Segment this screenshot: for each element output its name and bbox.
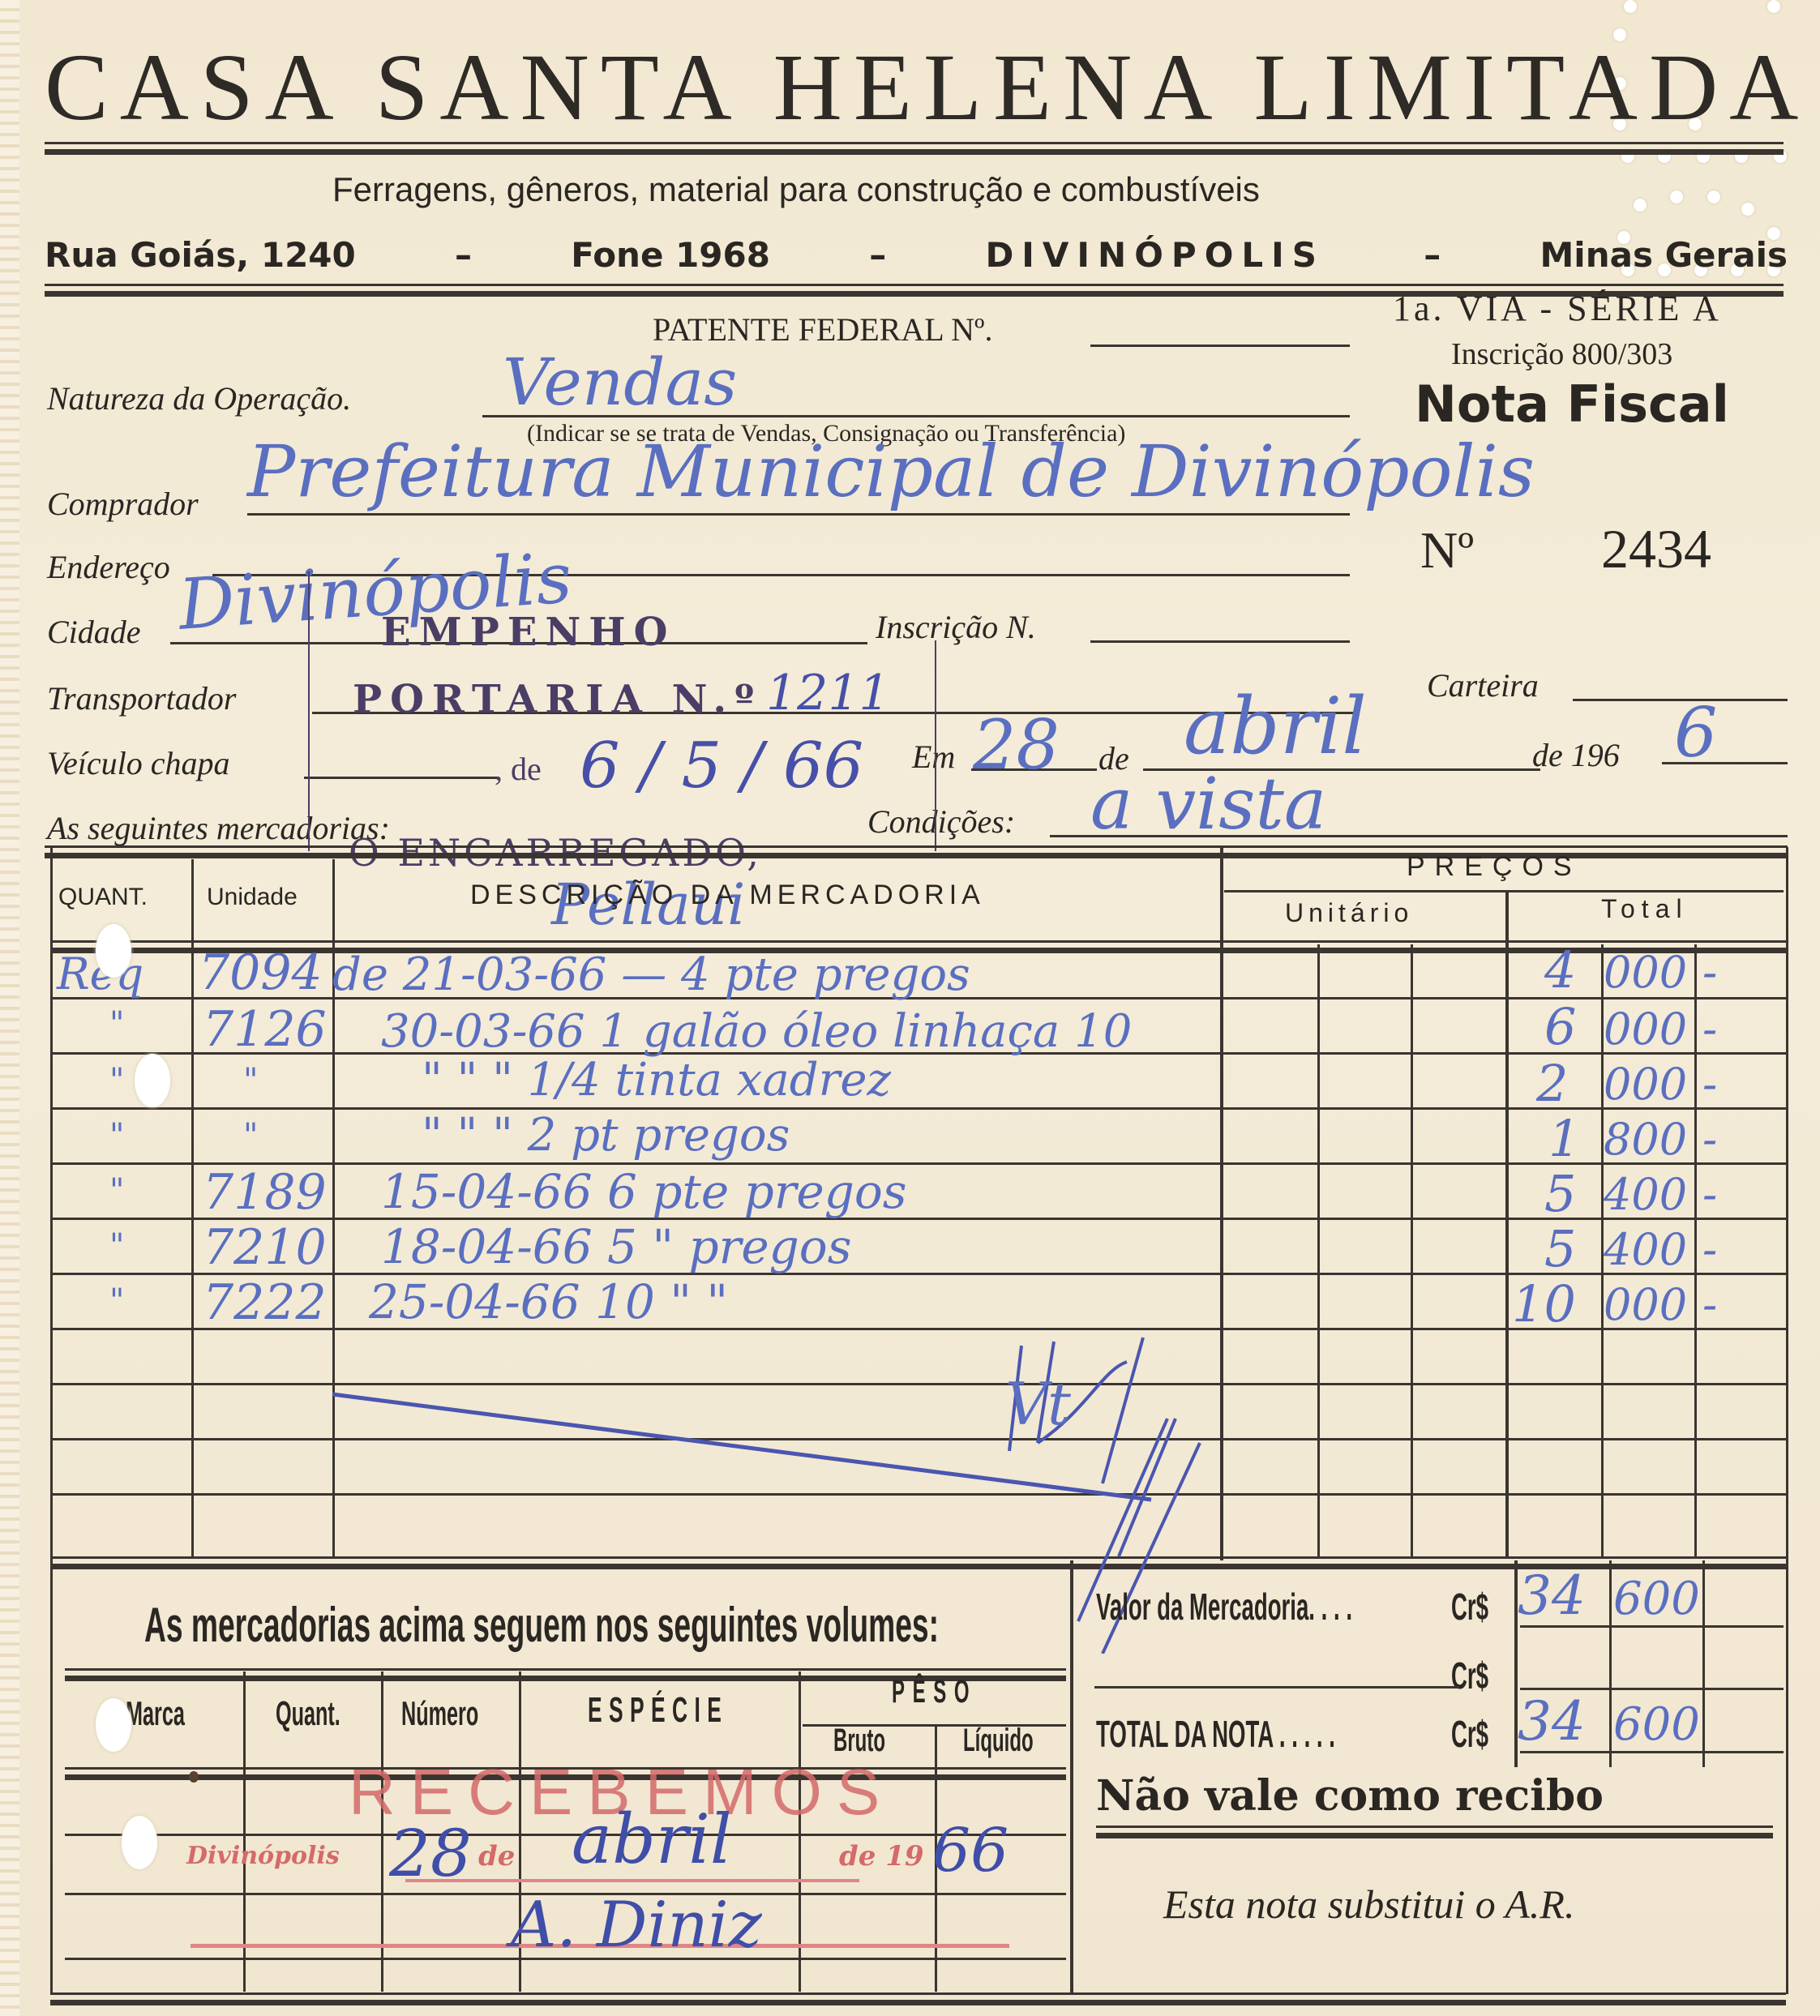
row-total-b: 800 — [1604, 1114, 1687, 1165]
row-unidade: 7126 — [203, 1001, 327, 1058]
valor-a: 34 — [1518, 1564, 1586, 1627]
received-date-line — [405, 1879, 859, 1882]
col-divider-total-2 — [1694, 944, 1697, 1556]
header-liquido: Líquido — [963, 1723, 1034, 1759]
row-total-b: 000 — [1604, 1279, 1687, 1330]
totals-col-divider — [1609, 1560, 1612, 1767]
row-total-c: - — [1702, 1169, 1717, 1220]
em-year-value: 6 — [1674, 693, 1717, 773]
em-day-value: 28 — [973, 705, 1060, 785]
row-unidade: 7094 — [199, 944, 323, 1001]
form-bottom-rule — [50, 1992, 1786, 1995]
row-total-c: - — [1702, 1224, 1717, 1275]
row-descricao: 15-04-66 6 pte pregos — [381, 1164, 907, 1219]
row-descricao: 30-03-66 1 galão óleo linhaça 10 — [381, 1005, 1132, 1058]
header-unitario: Unitário — [1285, 898, 1413, 928]
volumes-table-top — [65, 1668, 1066, 1671]
not-receipt-notice: Não vale como recibo — [1096, 1771, 1604, 1821]
row-total-a: 6 — [1544, 997, 1576, 1056]
table-top-rule — [45, 845, 1788, 848]
patente-label: PATENTE FEDERAL Nº. — [653, 310, 992, 349]
row-total-c: - — [1702, 1279, 1717, 1330]
header-total: Total — [1601, 894, 1689, 924]
comprador-value: Prefeitura Municipal de Divinópolis — [247, 430, 1535, 513]
total-a: 34 — [1518, 1690, 1586, 1753]
received-city: Divinópolis — [186, 1842, 340, 1870]
stamp-empenho: EMPENHO — [381, 610, 675, 655]
row-quant: " — [109, 1005, 124, 1042]
row-descricao: de 21-03-66 — 4 pte pregos — [332, 948, 970, 1001]
binder-hole — [135, 1054, 170, 1107]
row-total-a: 5 — [1544, 1164, 1576, 1223]
stamp-portaria-number: 1211 — [766, 665, 890, 721]
volumes-row-rule — [65, 1834, 1066, 1836]
header-unidade: Unidade — [207, 884, 298, 911]
condicoes-label: Condições: — [867, 803, 1015, 841]
row-descricao: " " " 2 pt pregos — [422, 1109, 790, 1162]
row-descricao: 18-04-66 5 " pregos — [381, 1219, 851, 1274]
carteira-label: Carteira — [1427, 666, 1539, 704]
row-unidade: 7189 — [203, 1164, 327, 1221]
row-total-c: - — [1702, 947, 1717, 998]
stamp-date: 6 / 5 / 66 — [580, 730, 863, 803]
de-year-label: de 196 — [1532, 736, 1620, 774]
row-unidade: 7222 — [203, 1274, 327, 1331]
natureza-value: Vendas — [503, 345, 737, 420]
row-total-c: - — [1702, 1114, 1717, 1165]
row-total-a: 2 — [1536, 1054, 1568, 1113]
inscricao-label: Inscrição N. — [876, 608, 1036, 646]
header-descricao: DESCRIÇÃO DA MERCADORIA — [470, 880, 985, 911]
valor-currency: Cr$ — [1451, 1585, 1488, 1629]
row-total-a: 1 — [1548, 1109, 1580, 1168]
header-bruto: Bruto — [833, 1723, 885, 1759]
row-total-c: - — [1702, 1004, 1717, 1055]
veiculo-label: Veículo chapa — [47, 744, 230, 782]
volumes-border-left — [50, 1560, 53, 1994]
comprador-field[interactable] — [247, 513, 1350, 516]
row-quant: " — [109, 1227, 124, 1265]
row-total-a: 4 — [1544, 940, 1576, 999]
state: Minas Gerais — [1540, 235, 1788, 275]
dash: – — [869, 235, 886, 275]
comprador-label: Comprador — [47, 485, 199, 523]
col-divider-quant — [191, 859, 194, 1556]
ink-dot — [189, 1771, 199, 1783]
stamp-portaria: PORTARIA N.º — [353, 677, 762, 722]
stamp-border-left — [308, 571, 310, 851]
cidade-label: Cidade — [47, 613, 141, 651]
natureza-label: Natureza da Operação. — [47, 379, 351, 417]
received-year-label: de 19 — [839, 1840, 924, 1873]
via-serie: 1a. VIA - SÉRIE A — [1393, 288, 1722, 329]
header-quant: QUANT. — [58, 884, 148, 911]
volumes-border-right — [1070, 1560, 1073, 1994]
endereco-label: Endereço — [47, 548, 170, 586]
valor-label: Valor da Mercadoria. . . . — [1096, 1585, 1352, 1629]
header-especie: ESPÉCIE — [588, 1690, 728, 1731]
company-address-line: Rua Goiás, 1240 – Fone 1968 – DIVINÓPOLI… — [45, 235, 1788, 275]
address-rule — [45, 284, 1784, 286]
totals-col-divider — [1702, 1560, 1705, 1767]
col-divider-total — [1505, 892, 1509, 1556]
received-de: de — [478, 1840, 515, 1873]
stamp-de-label: , de — [495, 750, 542, 788]
street-address: Rua Goiás, 1240 — [45, 235, 356, 275]
document-type: Nota Fiscal — [1415, 375, 1729, 434]
perforated-left-edge — [0, 0, 19, 2016]
condicoes-value: a vista — [1090, 762, 1326, 845]
blank-line[interactable] — [1094, 1686, 1459, 1689]
precos-sub-rule — [1224, 890, 1784, 892]
header-precos: PREÇOS — [1407, 851, 1582, 883]
row-quant: " — [109, 1062, 124, 1099]
row-quant: " — [109, 1282, 124, 1320]
row-unidade: " — [243, 1062, 258, 1099]
row-rule — [53, 1107, 1786, 1110]
dash: – — [455, 235, 472, 275]
nota-number: 2434 — [1601, 517, 1711, 581]
binder-hole — [122, 1816, 157, 1869]
header-peso: PÊSO — [892, 1674, 977, 1710]
header-bottom-rule — [50, 940, 1786, 943]
total-b: 600 — [1613, 1698, 1700, 1751]
header-marca: Marca — [126, 1694, 185, 1733]
row-total-a: 5 — [1544, 1219, 1576, 1278]
row-total-c: - — [1702, 1059, 1717, 1110]
em-label: Em — [912, 738, 955, 776]
mercadorias-label: As seguintes mercadorias: — [47, 809, 390, 847]
row-unidade: " — [243, 1117, 258, 1154]
total-label: TOTAL DA NOTA . . . . . — [1096, 1712, 1335, 1756]
table-border-left — [50, 847, 53, 1560]
table-border-right — [1786, 847, 1788, 1560]
transportador-label: Transportador — [47, 679, 236, 717]
row-total-b: 000 — [1604, 947, 1687, 998]
volumes-title: As mercadorias acima seguem nos seguinte… — [144, 1597, 939, 1653]
row-quant: " — [109, 1172, 124, 1209]
table-signature: Vt — [1005, 1370, 1071, 1438]
patente-field[interactable] — [1090, 345, 1350, 347]
row-descricao: " " " 1/4 tinta xadrez — [422, 1054, 891, 1106]
total-currency: Cr$ — [1451, 1712, 1488, 1756]
row-total-b: 000 — [1604, 1004, 1687, 1055]
row-quant: " — [109, 1117, 124, 1154]
title-rule — [45, 142, 1784, 144]
valor-b: 600 — [1613, 1573, 1700, 1625]
totals-border-right — [1786, 1560, 1788, 1994]
row-descricao: 25-04-66 10 " " — [369, 1274, 728, 1329]
received-signature: A. Diniz — [511, 1889, 762, 1962]
header-quant: Quant. — [276, 1694, 340, 1733]
em-month-value: abril — [1184, 681, 1367, 772]
stamp-border-right — [935, 640, 936, 851]
notice-rule — [1096, 1826, 1773, 1828]
binder-hole — [96, 924, 131, 978]
header-numero: Número — [401, 1694, 478, 1733]
phone: Fone 1968 — [571, 235, 770, 275]
binder-hole — [96, 1698, 131, 1752]
veiculo-field[interactable] — [304, 777, 499, 779]
row-total-b: 000 — [1604, 1059, 1687, 1110]
row-total-b: 400 — [1604, 1169, 1687, 1220]
inscricao-field[interactable] — [1090, 640, 1350, 643]
received-year: 66 — [932, 1816, 1008, 1885]
dash: – — [1424, 235, 1441, 275]
substitui-ar: Esta nota substitui o A.R. — [1163, 1881, 1574, 1928]
blank-currency: Cr$ — [1451, 1654, 1488, 1697]
row-unidade: 7210 — [203, 1219, 327, 1276]
col-divider-unit-2 — [1411, 944, 1413, 1556]
row-total-b: 400 — [1604, 1224, 1687, 1275]
company-name: CASA SANTA HELENA LIMITADA — [45, 32, 1779, 143]
number-label: Nº — [1420, 520, 1474, 580]
received-month: abril — [572, 1800, 732, 1879]
city: DIVINÓPOLIS — [985, 235, 1325, 275]
inscricao-number: Inscrição 800/303 — [1451, 336, 1672, 372]
company-tagline: Ferragens, gêneros, material para constr… — [332, 170, 1260, 209]
row-total-a: 10 — [1512, 1274, 1576, 1333]
